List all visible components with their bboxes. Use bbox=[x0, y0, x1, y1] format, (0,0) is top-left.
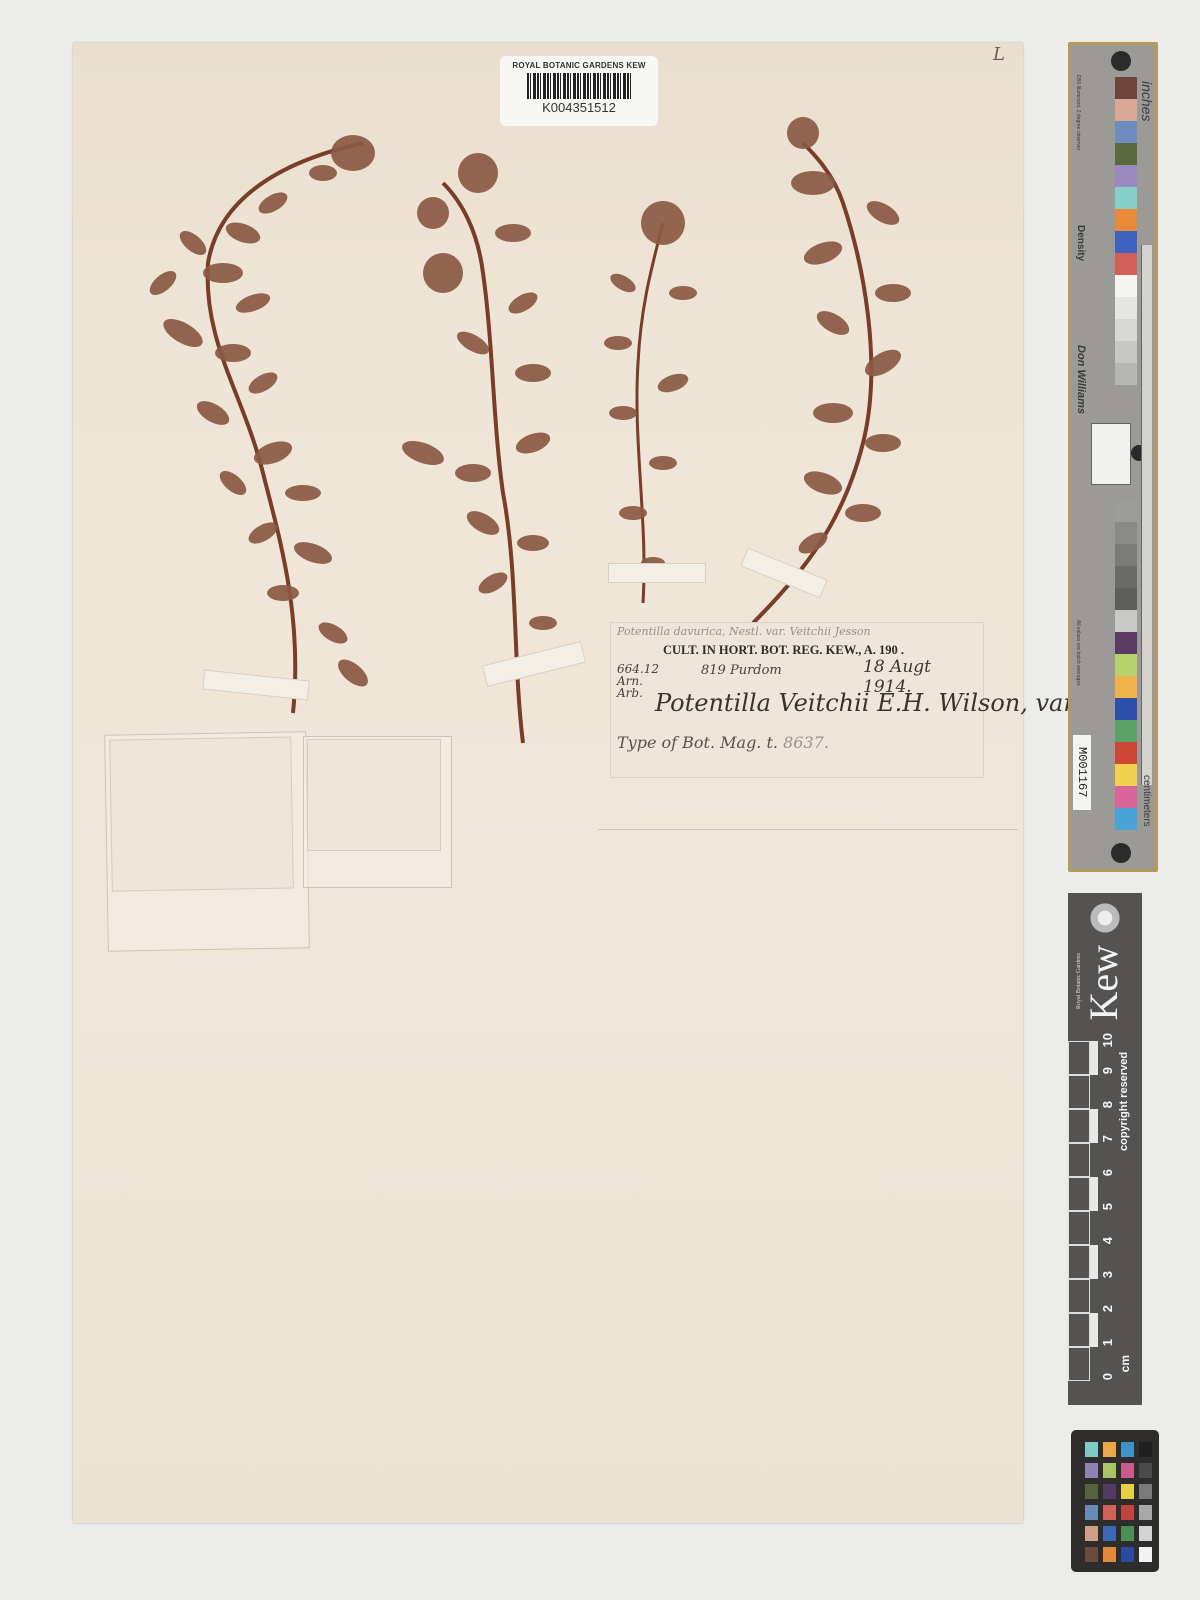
checker-patch bbox=[1085, 1526, 1098, 1541]
cm-scale bbox=[1068, 1041, 1098, 1381]
checker-patch bbox=[1103, 1484, 1116, 1499]
kew-crest-icon bbox=[1088, 901, 1122, 935]
color-swatch bbox=[1115, 654, 1137, 676]
color-swatch bbox=[1115, 297, 1137, 319]
checker-patch bbox=[1085, 1484, 1098, 1499]
brand-label: Don Williams bbox=[1075, 345, 1087, 414]
unit-cm: cm bbox=[1118, 1355, 1132, 1372]
checker-patch bbox=[1139, 1442, 1152, 1457]
scale-segment-alt bbox=[1090, 1109, 1098, 1143]
scale-segment bbox=[1068, 1177, 1090, 1211]
checker-patch bbox=[1103, 1526, 1116, 1541]
density-label: Density bbox=[1075, 225, 1086, 261]
checker-patch bbox=[1085, 1463, 1098, 1478]
scale-segment-alt bbox=[1090, 1075, 1098, 1109]
color-swatch bbox=[1115, 77, 1137, 99]
type-note: Type of Bot. Mag. t. 8637. bbox=[617, 733, 829, 752]
color-swatch bbox=[1115, 275, 1137, 297]
scale-segment bbox=[1068, 1041, 1090, 1075]
color-swatch bbox=[1115, 209, 1137, 231]
color-swatch bbox=[1115, 522, 1137, 544]
checker-patch bbox=[1085, 1442, 1098, 1457]
fragment-packet[interactable] bbox=[104, 731, 310, 951]
checker-patch bbox=[1121, 1484, 1134, 1499]
scale-tick-label: 4 bbox=[1100, 1237, 1115, 1244]
hole-icon bbox=[1111, 51, 1131, 71]
checker-patch bbox=[1085, 1547, 1098, 1562]
scale-segment-alt bbox=[1090, 1245, 1098, 1279]
scale-segment-alt bbox=[1090, 1211, 1098, 1245]
color-swatch bbox=[1115, 588, 1137, 610]
ruler-scale bbox=[1141, 245, 1152, 785]
hole-icon bbox=[1111, 843, 1131, 863]
checker-patch bbox=[1139, 1547, 1152, 1562]
scale-segment-alt bbox=[1090, 1279, 1098, 1313]
fragment-packet[interactable] bbox=[303, 736, 452, 888]
color-swatch bbox=[1115, 500, 1137, 522]
scale-tick-label: 2 bbox=[1100, 1305, 1115, 1312]
color-swatch bbox=[1115, 341, 1137, 363]
taxon-name: Potentilla Veitchii E.H. Wilson, var. bbox=[655, 689, 1080, 717]
color-swatch bbox=[1115, 742, 1137, 764]
checker-patch bbox=[1139, 1526, 1152, 1541]
source: Arn. Arb. bbox=[617, 675, 657, 699]
scale-segment bbox=[1068, 1279, 1090, 1313]
scale-segment bbox=[1068, 1075, 1090, 1109]
checker-patch bbox=[1103, 1547, 1116, 1562]
color-swatch bbox=[1115, 99, 1137, 121]
scale-segment-alt bbox=[1090, 1313, 1098, 1347]
checker-patch bbox=[1103, 1463, 1116, 1478]
plant-specimen-1 bbox=[103, 93, 403, 733]
checker-patch bbox=[1121, 1547, 1134, 1562]
scale-tick-label: 6 bbox=[1100, 1169, 1115, 1176]
bar-id-label: M001167 bbox=[1073, 735, 1091, 810]
packet-flap bbox=[109, 737, 294, 892]
color-swatch bbox=[1115, 121, 1137, 143]
packet-flap bbox=[307, 739, 441, 851]
type-note-text: Type of Bot. Mag. t. bbox=[617, 733, 778, 752]
color-swatches-top bbox=[1115, 77, 1137, 385]
checker-patch bbox=[1103, 1442, 1116, 1457]
color-swatch bbox=[1115, 544, 1137, 566]
checker-patch bbox=[1121, 1505, 1134, 1520]
checker-patch bbox=[1139, 1505, 1152, 1520]
scale-segment-alt bbox=[1090, 1177, 1098, 1211]
barcode-label: ROYAL BOTANIC GARDENS KEW K004351512 bbox=[500, 56, 658, 126]
scale-tick-label: 9 bbox=[1100, 1067, 1115, 1074]
color-swatch bbox=[1115, 319, 1137, 341]
herbarium-sheet bbox=[73, 43, 1023, 1523]
scale-segment bbox=[1068, 1313, 1090, 1347]
institution-name: ROYAL BOTANIC GARDENS KEW bbox=[500, 61, 658, 70]
kew-logo: Kew bbox=[1084, 945, 1124, 1021]
scale-segment bbox=[1068, 1143, 1090, 1177]
color-swatches-bottom bbox=[1115, 500, 1137, 830]
checker-patch bbox=[1085, 1505, 1098, 1520]
color-checker-card bbox=[1071, 1430, 1159, 1572]
scale-tick-label: 7 bbox=[1100, 1135, 1115, 1142]
resolution-target bbox=[1091, 423, 1131, 485]
scale-tick-label: 10 bbox=[1100, 1033, 1115, 1047]
scale-tick-label: 3 bbox=[1100, 1271, 1115, 1278]
checker-patch bbox=[1139, 1463, 1152, 1478]
scale-segment-alt bbox=[1090, 1347, 1098, 1381]
color-swatch bbox=[1115, 363, 1137, 385]
collector-number: 819 Purdom bbox=[701, 663, 782, 678]
checker-patch bbox=[1121, 1442, 1134, 1457]
determination-annotation: Potentilla davurica, Nestl. var. Veitchi… bbox=[617, 625, 871, 638]
cm-tick-labels: 012345678910 bbox=[1100, 1041, 1116, 1381]
unit-inches: inches bbox=[1139, 81, 1155, 121]
scale-segment bbox=[1068, 1347, 1090, 1381]
barcode-number: K004351512 bbox=[500, 100, 658, 115]
corner-mark: L bbox=[993, 44, 1005, 65]
color-swatch bbox=[1115, 720, 1137, 742]
color-swatch bbox=[1115, 610, 1137, 632]
checker-patch bbox=[1121, 1526, 1134, 1541]
color-swatch bbox=[1115, 764, 1137, 786]
scale-tick-label: 8 bbox=[1100, 1101, 1115, 1108]
color-swatch bbox=[1115, 187, 1137, 209]
type-plate-number: 8637. bbox=[783, 733, 829, 752]
divider-line bbox=[598, 829, 1018, 830]
unit-centimeters: centimeters bbox=[1141, 775, 1152, 827]
checker-patch bbox=[1139, 1484, 1152, 1499]
copyright-text: copyright reserved bbox=[1118, 1041, 1130, 1151]
plant-specimen-3 bbox=[593, 183, 713, 623]
color-swatch bbox=[1115, 698, 1137, 720]
color-swatch bbox=[1115, 632, 1137, 654]
illuminant-note: D50 Illuminant, 2 degree observer bbox=[1075, 75, 1081, 150]
scale-tick-label: 5 bbox=[1100, 1203, 1115, 1210]
kew-scale-bar: Royal Botanic Gardens Kew 012345678910 c… bbox=[1068, 893, 1142, 1405]
checker-patch bbox=[1103, 1505, 1116, 1520]
scale-tick-label: 0 bbox=[1100, 1373, 1115, 1380]
ref-source: 664.12 Arn. Arb. bbox=[617, 663, 657, 699]
checker-patch bbox=[1121, 1463, 1134, 1478]
color-swatch bbox=[1115, 253, 1137, 275]
scale-segment bbox=[1068, 1211, 1090, 1245]
color-calibration-bar: inches centimeters D50 Illuminant, 2 deg… bbox=[1068, 42, 1158, 872]
color-swatch bbox=[1115, 143, 1137, 165]
color-swatch bbox=[1115, 808, 1137, 830]
scale-tick-label: 1 bbox=[1100, 1339, 1115, 1346]
batch-note: All values are batch averages bbox=[1075, 620, 1081, 686]
color-swatch bbox=[1115, 676, 1137, 698]
scale-segment-alt bbox=[1090, 1143, 1098, 1177]
mounting-strap bbox=[608, 563, 706, 583]
color-swatch bbox=[1115, 165, 1137, 187]
scale-segment bbox=[1068, 1245, 1090, 1279]
scale-segment bbox=[1068, 1109, 1090, 1143]
specimen-label: Potentilla davurica, Nestl. var. Veitchi… bbox=[610, 622, 984, 778]
barcode-icon bbox=[527, 73, 631, 99]
color-swatch bbox=[1115, 786, 1137, 808]
scale-segment-alt bbox=[1090, 1041, 1098, 1075]
color-swatch bbox=[1115, 231, 1137, 253]
color-swatch bbox=[1115, 566, 1137, 588]
printed-header: CULT. IN HORT. BOT. REG. KEW., A. 190 . bbox=[663, 643, 904, 658]
